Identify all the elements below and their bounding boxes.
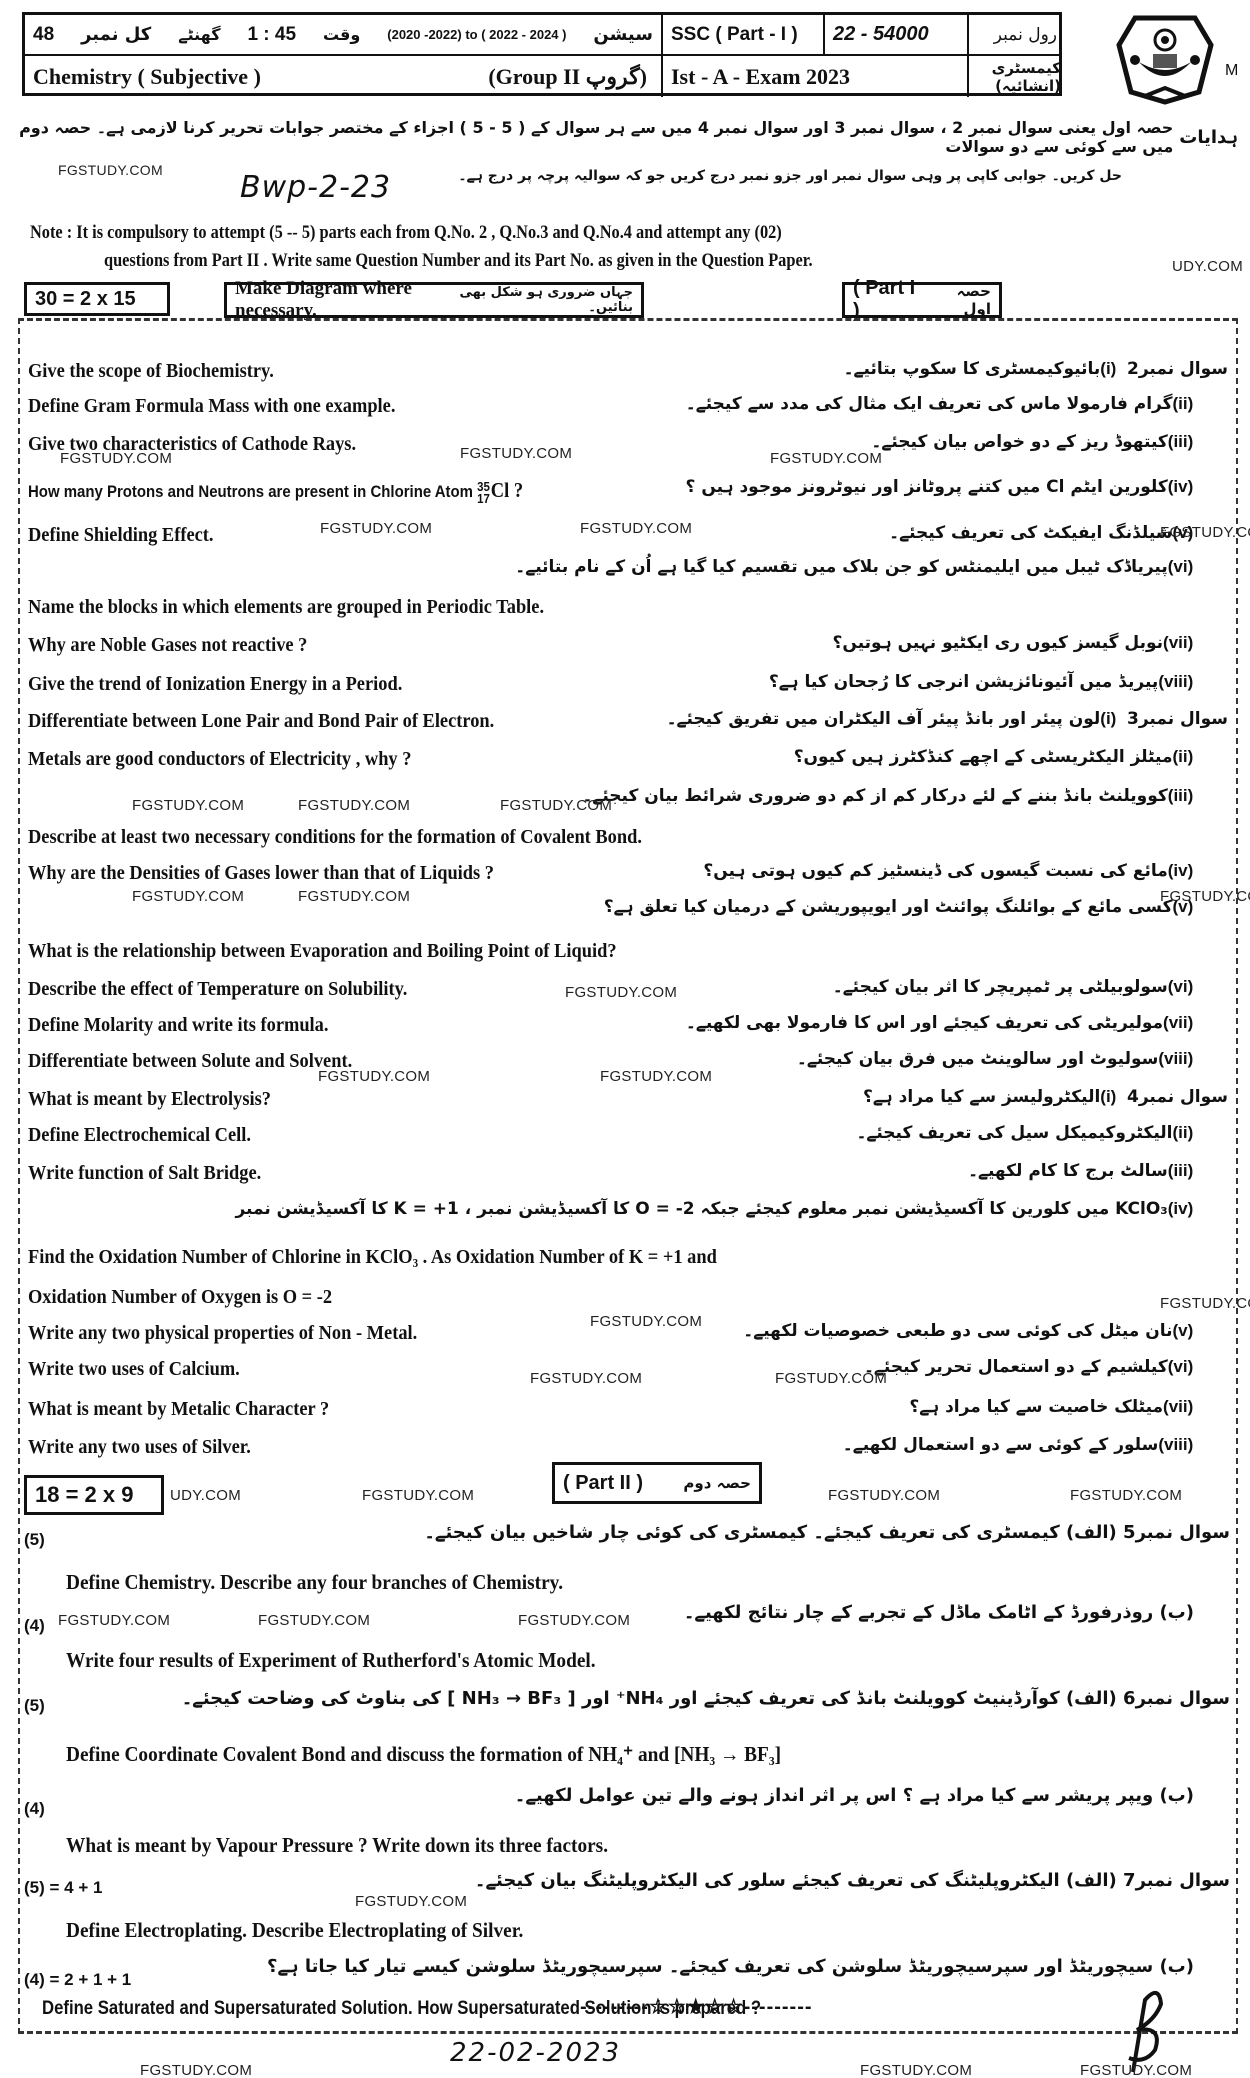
question-text: کیمسٹری کی تعریف کیجئے۔ کیمسٹری کی کوئی … xyxy=(424,1522,1059,1543)
subject-name: Chemistry ( Subjective ) xyxy=(33,64,261,90)
watermark: FGSTUDY.COM xyxy=(298,888,410,905)
question-text-en: What is the relationship between Evapora… xyxy=(28,940,617,963)
header-row-2: Chemistry ( Subjective ) (Group II گروپ)… xyxy=(25,56,1059,97)
question-text: کیلشیم کے دو استعمال تحریر کیجئے۔ xyxy=(864,1357,1168,1377)
long-question-en: Write four results of Experiment of Ruth… xyxy=(66,1648,596,1673)
question-text-en: Define Shielding Effect. xyxy=(28,524,214,547)
session-label: سیشن xyxy=(593,24,653,45)
part-number: (i) xyxy=(1100,709,1121,728)
paper-code: 22 - 54000 xyxy=(833,23,929,46)
question-text: KClO₃ میں کلورین کا آکسیڈیشن نمبر معلوم … xyxy=(235,1199,1167,1219)
watermark: FGSTUDY.COM xyxy=(362,1487,474,1504)
part-number: (vi) xyxy=(1168,977,1198,996)
part-number: (ii) xyxy=(1173,394,1199,413)
question-text: گرام فارمولا ماس کی تعریف ایک مثال کی مد… xyxy=(686,394,1173,414)
note-label: Note : xyxy=(30,222,72,243)
watermark: FGSTUDY.COM xyxy=(518,1612,630,1629)
end-of-paper-mark: ---------☆☆★☆☆--------- xyxy=(580,1994,813,2019)
long-question-ur: (ب) ویپر پریشر سے کیا مراد ہے ؟ اس پر اث… xyxy=(515,1785,1194,1806)
instructions-urdu-line-2: حل کریں۔ جوابی کاپی پر وہی سوال نمبر اور… xyxy=(458,168,1122,184)
part-number: (iii) xyxy=(1168,1161,1198,1180)
watermark: FGSTUDY.COM xyxy=(1160,524,1250,541)
long-question-ur: (ب) سیچوریٹڈ اور سپرسیچوریٹڈ سلوشن کی تع… xyxy=(267,1956,1194,1977)
question-text-en: How many Protons and Neutrons are presen… xyxy=(28,478,523,504)
question-text: الیکٹروکیمیکل سیل کی تعریف کیجئے۔ xyxy=(856,1123,1172,1143)
part-letter: (الف) xyxy=(1060,1688,1117,1709)
question-text: روذرفورڈ کے اٹامک ماڈل کے تجربے کے چار ن… xyxy=(684,1602,1153,1623)
question-text-ur: (viii) پیریڈ میں آئیونائزیشن انرجی کا رُ… xyxy=(769,671,1198,692)
part-number: (iv) xyxy=(1168,1199,1198,1218)
diagram-note-box: Make Diagram where necessary. جہاں ضروری… xyxy=(224,282,644,318)
question-text: الیکٹرولیسز سے کیا مراد ہے؟ xyxy=(863,1087,1100,1107)
part-number: (vi) xyxy=(1168,1357,1198,1376)
question-text-en: Describe the effect of Temperature on So… xyxy=(28,978,407,1001)
question-text-en: Give the trend of Ionization Energy in a… xyxy=(28,673,402,696)
part-number: (viii) xyxy=(1158,672,1198,691)
long-question-en: Define Chemistry. Describe any four bran… xyxy=(66,1570,563,1595)
question-text-ur: سوال نمبر3 (i) لون پیئر اور بانڈ پیئر آف… xyxy=(667,708,1228,729)
question-text-ur: سوال نمبر2 (i) بائیوکیمسٹری کا سکوپ بتائ… xyxy=(844,358,1228,379)
instructions-urdu-line-1: ہدایات حصہ اول یعنی سوال نمبر 2 ، سوال ن… xyxy=(0,118,1238,156)
watermark: UDY.COM xyxy=(1172,258,1243,275)
question-text-ur: (iv) مائع کی نسبت گیسوں کی ڈینسٹیز کم کی… xyxy=(703,860,1198,881)
part2-title-box: ( Part II ) حصہ دوم xyxy=(552,1462,762,1504)
question-text-ur: (iii) سالٹ برج کا کام لکھیے۔ xyxy=(968,1160,1198,1181)
class-name: SSC ( Part - I ) xyxy=(671,24,798,46)
part-number: (iii) xyxy=(1168,786,1198,805)
question-text: مولیریٹی کی تعریف کیجئے اور اس کا فارمول… xyxy=(686,1013,1163,1033)
question-text-ur: (vii) مولیریٹی کی تعریف کیجئے اور اس کا … xyxy=(686,1012,1198,1033)
watermark: FGSTUDY.COM xyxy=(460,445,572,462)
header-row-1: 48 کل نمبر گھنٹے 1 : 45 وقت (2020 -2022)… xyxy=(25,15,1059,56)
question-text: میٹلک خاصیت سے کیا مراد ہے؟ xyxy=(909,1397,1163,1417)
watermark: FGSTUDY.COM xyxy=(58,1612,170,1629)
watermark: FGSTUDY.COM xyxy=(132,797,244,814)
question-text-ur: (v) شیلڈنگ ایفیکٹ کی تعریف کیجئے۔ xyxy=(889,522,1198,543)
question-text-en: Define Molarity and write its formula. xyxy=(28,1014,328,1037)
diagram-note-urdu: جہاں ضروری ہو شکل بھی بنائیں۔ xyxy=(451,285,633,315)
watermark: FGSTUDY.COM xyxy=(320,520,432,537)
part-number: (i) xyxy=(1100,1087,1121,1106)
marks-allocation: (4) xyxy=(24,1799,45,1819)
watermark: FGSTUDY.COM xyxy=(355,1893,467,1910)
long-question-ur: سوال نمبر5 (الف) کیمسٹری کی تعریف کیجئے۔… xyxy=(424,1522,1230,1543)
question-number-label: سوال نمبر7 xyxy=(1117,1870,1230,1891)
watermark: FGSTUDY.COM xyxy=(828,1487,940,1504)
long-question-ur: سوال نمبر7 (الف) الیکٹروپلیٹنگ کی تعریف … xyxy=(475,1870,1230,1891)
marks-allocation: (4) xyxy=(24,1616,45,1636)
watermark: FGSTUDY.COM xyxy=(298,797,410,814)
long-question-en: Define Coordinate Covalent Bond and disc… xyxy=(66,1742,781,1767)
marks-allocation: (5) xyxy=(24,1530,45,1550)
question-text: سولیوٹ اور سالوینٹ میں فرق بیان کیجئے۔ xyxy=(797,1049,1158,1069)
class-cell: SSC ( Part - I ) xyxy=(663,15,825,54)
time-session-cell: 48 کل نمبر گھنٹے 1 : 45 وقت (2020 -2022)… xyxy=(25,15,663,54)
element-symbol: Cl ? xyxy=(491,478,523,502)
watermark: FGSTUDY.COM xyxy=(140,2062,252,2078)
question-number-label: سوال نمبر6 xyxy=(1117,1688,1230,1709)
paper-code-cell: 22 - 54000 xyxy=(825,15,969,54)
signature-icon xyxy=(1115,1980,1175,2075)
question-text-en: Name the blocks in which elements are gr… xyxy=(28,596,544,619)
watermark: FGSTUDY.COM xyxy=(1160,1295,1250,1312)
question-text: الیکٹروپلیٹنگ کی تعریف کیجئے سلور کی الی… xyxy=(475,1870,1060,1891)
note-text-1: It is compulsory to attempt (5 -- 5) par… xyxy=(76,222,781,243)
long-question-ur: (ب) روذرفورڈ کے اٹامک ماڈل کے تجربے کے چ… xyxy=(684,1602,1194,1623)
roll-no-cell: رول نمبر xyxy=(969,15,1065,54)
question-text-ur: (ii) میٹلز الیکٹریسٹی کے اچھے کنڈکٹرز ہی… xyxy=(794,746,1198,767)
part-number: (vii) xyxy=(1163,1013,1198,1032)
part-number: (viii) xyxy=(1158,1049,1198,1068)
part-number: (iii) xyxy=(1168,432,1198,451)
hours-label: گھنٹے xyxy=(178,25,220,44)
question-text-en: Differentiate between Lone Pair and Bond… xyxy=(28,710,494,733)
question-text: سیچوریٹڈ اور سپرسیچوریٹڈ سلوشن کی تعریف … xyxy=(267,1956,1153,1977)
part-number: (iv) xyxy=(1168,477,1198,496)
question-text-en: Why are the Densities of Gases lower tha… xyxy=(28,862,494,885)
watermark: UDY.COM xyxy=(170,1487,241,1504)
nuclide-notation: 3517 xyxy=(477,481,490,504)
session-years: (2020 -2022) to ( 2022 - 2024 ) xyxy=(387,27,566,42)
question-text: کلورین ایٹم Cl میں کتنے پروٹانز اور نیوٹ… xyxy=(686,477,1168,497)
part1-marks-box: 30 = 2 x 15 xyxy=(24,282,170,316)
question-text: کوویلنٹ بانڈ بننے کے لئے درکار کم از کم … xyxy=(582,786,1167,806)
subject-cell: Chemistry ( Subjective ) (Group II گروپ) xyxy=(25,56,663,97)
part2-marks-box: 18 = 2 x 9 xyxy=(24,1475,164,1515)
question-text-en: Why are Noble Gases not reactive ? xyxy=(28,634,307,657)
long-question-ur: سوال نمبر6 (الف) کوآرڈینیٹ کوویلنٹ بانڈ … xyxy=(182,1688,1230,1709)
roll-no-label: رول نمبر xyxy=(994,25,1057,45)
question-text: ویپر پریشر سے کیا مراد ہے ؟ اس پر اثر ان… xyxy=(515,1785,1153,1806)
part-letter: (الف) xyxy=(1060,1522,1117,1543)
watermark: FGSTUDY.COM xyxy=(600,1068,712,1085)
watermark: FGSTUDY.COM xyxy=(775,1370,887,1387)
part-number: (viii) xyxy=(1158,1435,1198,1454)
part2-title: ( Part II ) xyxy=(563,1472,643,1495)
question-text-ur: (vii) نوبل گیسز کیوں ری ایکٹیو نہیں ہوتی… xyxy=(833,632,1198,653)
question-text: کوآرڈینیٹ کوویلنٹ بانڈ کی تعریف کیجئے او… xyxy=(182,1688,1060,1709)
question-text-ur: (vi) کیلشیم کے دو استعمال تحریر کیجئے۔ xyxy=(864,1356,1198,1377)
question-text: How many Protons and Neutrons are presen… xyxy=(28,482,477,501)
watermark: FGSTUDY.COM xyxy=(318,1068,430,1085)
part-letter: (ب) xyxy=(1153,1602,1194,1623)
watermark: FGSTUDY.COM xyxy=(770,450,882,467)
question-text-en: Metals are good conductors of Electricit… xyxy=(28,748,411,771)
part-number: (ii) xyxy=(1173,1123,1199,1142)
watermark: FGSTUDY.COM xyxy=(1160,888,1250,905)
part-number: (vii) xyxy=(1163,1397,1198,1416)
question-text-ur: (v) کسی مائع کے بوائلنگ پوائنٹ اور ایویپ… xyxy=(604,896,1198,917)
question-text: لون پیئر اور بانڈ پیئر آف الیکٹران میں ت… xyxy=(667,709,1101,729)
question-text-en: Write any two uses of Silver. xyxy=(28,1436,251,1459)
watermark: FGSTUDY.COM xyxy=(60,450,172,467)
watermark: FGSTUDY.COM xyxy=(565,984,677,1001)
question-text-ur: (iii) کیتھوڈ ریز کے دو خواص بیان کیجئے۔ xyxy=(871,431,1198,452)
marks-allocation: (5) = 4 + 1 xyxy=(24,1878,102,1898)
long-question-en: What is meant by Vapour Pressure ? Write… xyxy=(66,1833,608,1858)
question-text: پیریڈ میں آئیونائزیشن انرجی کا رُجحان کی… xyxy=(769,672,1159,692)
question-number-label: سوال نمبر3 xyxy=(1121,709,1228,729)
question-text: مائع کی نسبت گیسوں کی ڈینسٹیز کم کیوں ہو… xyxy=(703,861,1167,881)
question-text-ur: (iv) KClO₃ میں کلورین کا آکسیڈیشن نمبر م… xyxy=(235,1198,1198,1219)
note-line-1: Note : It is compulsory to attempt (5 --… xyxy=(30,222,782,244)
watermark: FGSTUDY.COM xyxy=(860,2062,972,2078)
question-text: نان میٹل کی کوئی سی دو طبعی خصوصیات لکھی… xyxy=(743,1321,1172,1341)
board-emblem-icon xyxy=(1115,10,1215,105)
question-text-en: Give the scope of Biochemistry. xyxy=(28,360,274,383)
part1-title-box: ( Part I ) حصہ اول xyxy=(842,282,1002,318)
question-number-label: سوال نمبر2 xyxy=(1121,359,1228,379)
part-letter: (ب) xyxy=(1153,1956,1194,1977)
question-text-en: Define Gram Formula Mass with one exampl… xyxy=(28,395,395,418)
handwritten-date: 22-02-2023 xyxy=(450,2038,621,2068)
exam-header-table: 48 کل نمبر گھنٹے 1 : 45 وقت (2020 -2022)… xyxy=(22,12,1062,96)
exam-cell: Ist - A - Exam 2023 xyxy=(663,56,969,97)
question-text-ur: (vi) سولوبیلٹی پر ٹمپریچر کا اثر بیان کی… xyxy=(833,976,1198,997)
subject-urdu: کیمسٹری (انشائیہ) xyxy=(977,59,1061,95)
part-number: (iv) xyxy=(1168,861,1198,880)
question-text-en: Write function of Salt Bridge. xyxy=(28,1162,261,1185)
question-text-en: What is meant by Metalic Character ? xyxy=(28,1398,329,1421)
total-marks-label: کل نمبر xyxy=(81,24,151,45)
corner-letter: M xyxy=(1225,62,1238,80)
watermark: FGSTUDY.COM xyxy=(1080,2062,1192,2078)
question-text-ur: (v) نان میٹل کی کوئی سی دو طبعی خصوصیات … xyxy=(743,1320,1198,1341)
part-letter: (الف) xyxy=(1060,1870,1117,1891)
question-text: بائیوکیمسٹری کا سکوپ بتائیے۔ xyxy=(844,359,1101,379)
part-number: (v) xyxy=(1173,1321,1199,1340)
board-logo xyxy=(1115,10,1215,105)
question-text-ur: (viii) سلور کے کوئی سے دو استعمال لکھیے۔ xyxy=(843,1434,1198,1455)
question-text-en: Find the Oxidation Number of Chlorine in… xyxy=(28,1246,717,1269)
question-text: میٹلز الیکٹریسٹی کے اچھے کنڈکٹرز ہیں کیو… xyxy=(794,747,1173,767)
instructions-label: ہدایات xyxy=(1179,127,1238,148)
part-number: (vii) xyxy=(1163,633,1198,652)
part-number: (ii) xyxy=(1173,747,1199,766)
question-text: سلور کے کوئی سے دو استعمال لکھیے۔ xyxy=(843,1435,1159,1455)
watermark: FGSTUDY.COM xyxy=(58,162,163,178)
question-text-ur: (ii) گرام فارمولا ماس کی تعریف ایک مثال … xyxy=(686,393,1198,414)
question-text-ur: (iii) کوویلنٹ بانڈ بننے کے لئے درکار کم … xyxy=(582,785,1198,806)
question-text-ur: (iv) کلورین ایٹم Cl میں کتنے پروٹانز اور… xyxy=(686,476,1198,497)
question-text-en: Write two uses of Calcium. xyxy=(28,1358,240,1381)
question-text: نوبل گیسز کیوں ری ایکٹیو نہیں ہوتیں؟ xyxy=(833,633,1164,653)
question-text-ur: (viii) سولیوٹ اور سالوینٹ میں فرق بیان ک… xyxy=(797,1048,1198,1069)
question-text: کسی مائع کے بوائلنگ پوائنٹ اور ایویپوریش… xyxy=(604,897,1173,917)
part-number: (vi) xyxy=(1168,557,1198,576)
watermark: FGSTUDY.COM xyxy=(500,797,612,814)
question-text: سولوبیلٹی پر ٹمپریچر کا اثر بیان کیجئے۔ xyxy=(833,977,1168,997)
question-number-label: سوال نمبر4 xyxy=(1121,1087,1228,1107)
total-marks: 48 xyxy=(33,24,54,46)
handwritten-code: Bwp-2-23 xyxy=(240,170,391,205)
instructions-urdu-text-1: حصہ اول یعنی سوال نمبر 2 ، سوال نمبر 3 ا… xyxy=(0,118,1173,156)
exam-name: Ist - A - Exam 2023 xyxy=(671,64,850,90)
question-text-en: Describe at least two necessary conditio… xyxy=(28,826,642,849)
long-question-en: Define Electroplating. Describe Electrop… xyxy=(66,1918,523,1943)
time-label: وقت xyxy=(323,25,360,44)
part1-title: ( Part I ) xyxy=(853,277,926,323)
watermark: FGSTUDY.COM xyxy=(590,1313,702,1330)
question-text-ur: (vi) پیریاڈک ٹیبل میں ایلیمنٹس کو جن بلا… xyxy=(515,556,1198,577)
question-text: شیلڈنگ ایفیکٹ کی تعریف کیجئے۔ xyxy=(889,523,1172,543)
watermark: FGSTUDY.COM xyxy=(132,888,244,905)
question-text-en: What is meant by Electrolysis? xyxy=(28,1088,271,1111)
diagram-note: Make Diagram where necessary. xyxy=(235,278,451,322)
question-text-en-continued: Oxidation Number of Oxygen is O = -2 xyxy=(28,1286,332,1309)
question-text-ur: سوال نمبر4 (i) الیکٹرولیسز سے کیا مراد ہ… xyxy=(863,1086,1228,1107)
watermark: FGSTUDY.COM xyxy=(1070,1487,1182,1504)
watermark: FGSTUDY.COM xyxy=(258,1612,370,1629)
watermark: FGSTUDY.COM xyxy=(580,520,692,537)
part-number: (i) xyxy=(1100,359,1121,378)
note-line-2: questions from Part II . Write same Ques… xyxy=(104,250,813,272)
part1-title-urdu: حصہ اول xyxy=(926,282,991,318)
question-text-en: Write any two physical properties of Non… xyxy=(28,1322,417,1345)
question-text: سالٹ برج کا کام لکھیے۔ xyxy=(968,1161,1168,1181)
group-name: (Group II گروپ) xyxy=(488,64,647,90)
marks-allocation: (4) = 2 + 1 + 1 xyxy=(24,1970,131,1990)
question-text: پیریاڈک ٹیبل میں ایلیمنٹس کو جن بلاک میں… xyxy=(515,557,1167,577)
question-text-ur: (vii) میٹلک خاصیت سے کیا مراد ہے؟ xyxy=(909,1396,1198,1417)
marks-allocation: (5) xyxy=(24,1696,45,1716)
subject-urdu-cell: کیمسٹری (انشائیہ) xyxy=(969,56,1065,97)
part-letter: (ب) xyxy=(1153,1785,1194,1806)
watermark: FGSTUDY.COM xyxy=(530,1370,642,1387)
question-text-en: Differentiate between Solute and Solvent… xyxy=(28,1050,352,1073)
time-value: 1 : 45 xyxy=(247,24,296,46)
question-text-en: Define Electrochemical Cell. xyxy=(28,1124,251,1147)
question-text-ur: (ii) الیکٹروکیمیکل سیل کی تعریف کیجئے۔ xyxy=(856,1122,1198,1143)
question-number-label: سوال نمبر5 xyxy=(1117,1522,1230,1543)
question-text: کیتھوڈ ریز کے دو خواص بیان کیجئے۔ xyxy=(871,432,1167,452)
part2-title-urdu: حصہ دوم xyxy=(683,1474,751,1492)
